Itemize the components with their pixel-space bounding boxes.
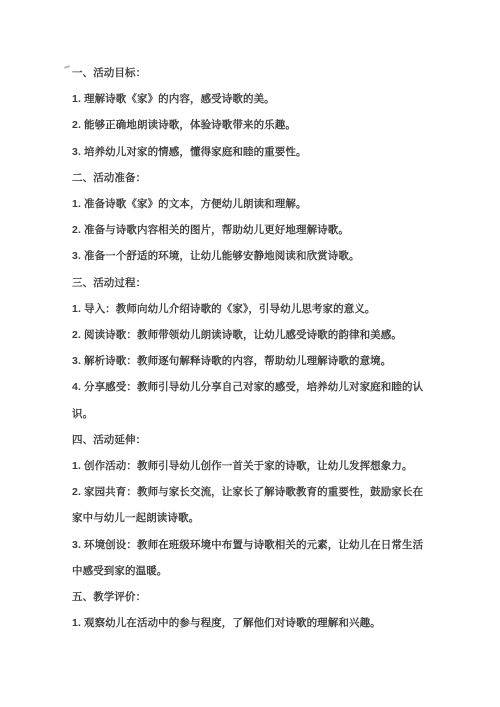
section-heading: 四、活动延伸： [72,427,430,453]
section-activity-extension: 四、活动延伸： 1. 创作活动：教师引导幼儿创作一首关于家的诗歌，让幼儿发挥想象… [72,427,430,584]
section-heading: 二、活动准备： [72,165,430,191]
document-body: 一、活动目标： 1. 理解诗歌《家》的内容，感受诗歌的美。 2. 能够正确地朗读… [72,60,430,636]
section-activity-preparation: 二、活动准备： 1. 准备诗歌《家》的文本，方便幼儿朗读和理解。 2. 准备与诗… [72,165,430,270]
list-item: 1. 准备诗歌《家》的文本，方便幼儿朗读和理解。 [72,191,430,217]
list-item: 3. 环境创设：教师在班级环境中布置与诗歌相关的元素，让幼儿在日常生活中感受到家… [72,532,430,584]
section-activity-goals: 一、活动目标： 1. 理解诗歌《家》的内容，感受诗歌的美。 2. 能够正确地朗读… [72,60,430,165]
section-heading: 三、活动过程： [72,270,430,296]
section-heading: 五、教学评价： [72,584,430,610]
list-item: 1. 观察幼儿在活动中的参与程度，了解他们对诗歌的理解和兴趣。 [72,610,430,636]
list-item: 4. 分享感受：教师引导幼儿分享自己对家的感受，培养幼儿对家庭和睦的认识。 [72,374,430,426]
list-item: 2. 能够正确地朗读诗歌，体验诗歌带来的乐趣。 [72,112,430,138]
list-item: 3. 培养幼儿对家的情感，懂得家庭和睦的重要性。 [72,139,430,165]
list-item: 3. 解析诗歌：教师逐句解释诗歌的内容，帮助幼儿理解诗歌的意境。 [72,348,430,374]
list-item: 3. 准备一个舒适的环境，让幼儿能够安静地阅读和欣赏诗歌。 [72,243,430,269]
section-teaching-evaluation: 五、教学评价： 1. 观察幼儿在活动中的参与程度，了解他们对诗歌的理解和兴趣。 [72,584,430,636]
document-page: 一、活动目标： 1. 理解诗歌《家》的内容，感受诗歌的美。 2. 能够正确地朗读… [0,0,500,707]
list-item: 2. 准备与诗歌内容相关的图片，帮助幼儿更好地理解诗歌。 [72,217,430,243]
list-item: 1. 导入：教师向幼儿介绍诗歌的《家》，引导幼儿思考家的意义。 [72,296,430,322]
list-item: 1. 创作活动：教师引导幼儿创作一首关于家的诗歌，让幼儿发挥想象力。 [72,453,430,479]
section-heading: 一、活动目标： [72,60,430,86]
list-item: 2. 家园共育：教师与家长交流，让家长了解诗歌教育的重要性，鼓励家长在家中与幼儿… [72,479,430,531]
list-item: 2. 阅读诗歌：教师带领幼儿朗读诗歌，让幼儿感受诗歌的韵律和美感。 [72,322,430,348]
section-activity-process: 三、活动过程： 1. 导入：教师向幼儿介绍诗歌的《家》，引导幼儿思考家的意义。 … [72,270,430,427]
list-item: 1. 理解诗歌《家》的内容，感受诗歌的美。 [72,86,430,112]
stray-tick-mark [64,65,70,68]
